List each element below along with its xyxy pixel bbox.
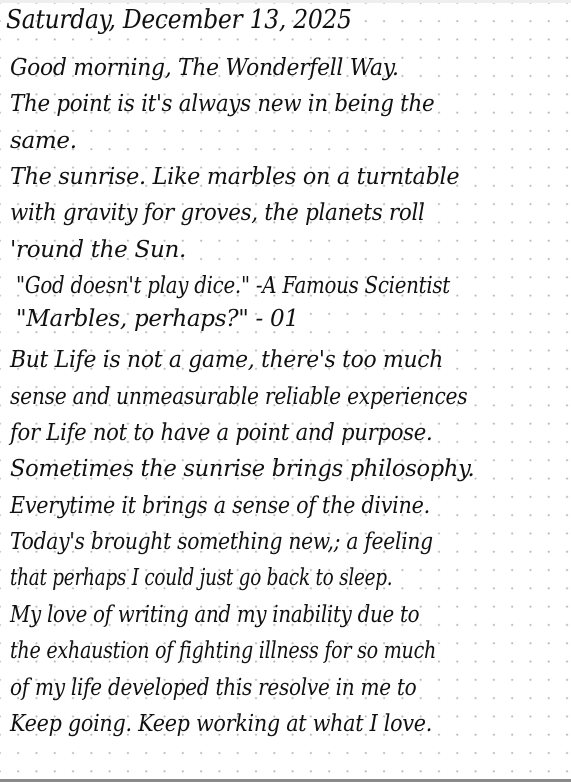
handwritten-line: The sunrise. Like marbles on a turntable — [10, 164, 459, 190]
handwritten-line: sense and unmeasurable reliable experien… — [10, 384, 467, 410]
handwritten-line: that perhaps I could just go back to sle… — [10, 565, 392, 591]
handwritten-line: for Life not to have a point and purpose… — [10, 420, 432, 446]
handwritten-line: Keep going. Keep working at what I love. — [10, 711, 432, 737]
handwritten-line: Everytime it brings a sense of the divin… — [10, 493, 430, 519]
handwritten-line: of my life developed this resolve in me … — [10, 675, 416, 701]
handwritten-line: Good morning, The Wonderfell Way. — [10, 55, 399, 81]
handwritten-line: Sometimes the sunrise brings philosophy. — [10, 456, 474, 482]
handwritten-line: The point is it's always new in being th… — [10, 91, 434, 117]
handwritten-line: "God doesn't play dice." -A Famous Scien… — [16, 273, 450, 299]
handwritten-line: 'round the Sun. — [10, 237, 186, 263]
handwritten-line: But Life is not a game, there's too much — [10, 347, 443, 373]
handwritten-line: Today's brought something new,; a feelin… — [10, 529, 433, 555]
dot-grid-page: Saturday, December 13, 2025 Good morning… — [0, 3, 571, 779]
handwritten-line: My love of writing and my inability due … — [10, 602, 419, 628]
handwritten-line: with gravity for groves, the planets rol… — [10, 200, 425, 226]
handwritten-line: same. — [10, 128, 77, 154]
handwritten-line: the exhaustion of fighting illness for s… — [10, 638, 436, 664]
date-heading: Saturday, December 13, 2025 — [6, 5, 352, 35]
handwritten-line: "Marbles, perhaps?" - 01 — [16, 306, 299, 332]
